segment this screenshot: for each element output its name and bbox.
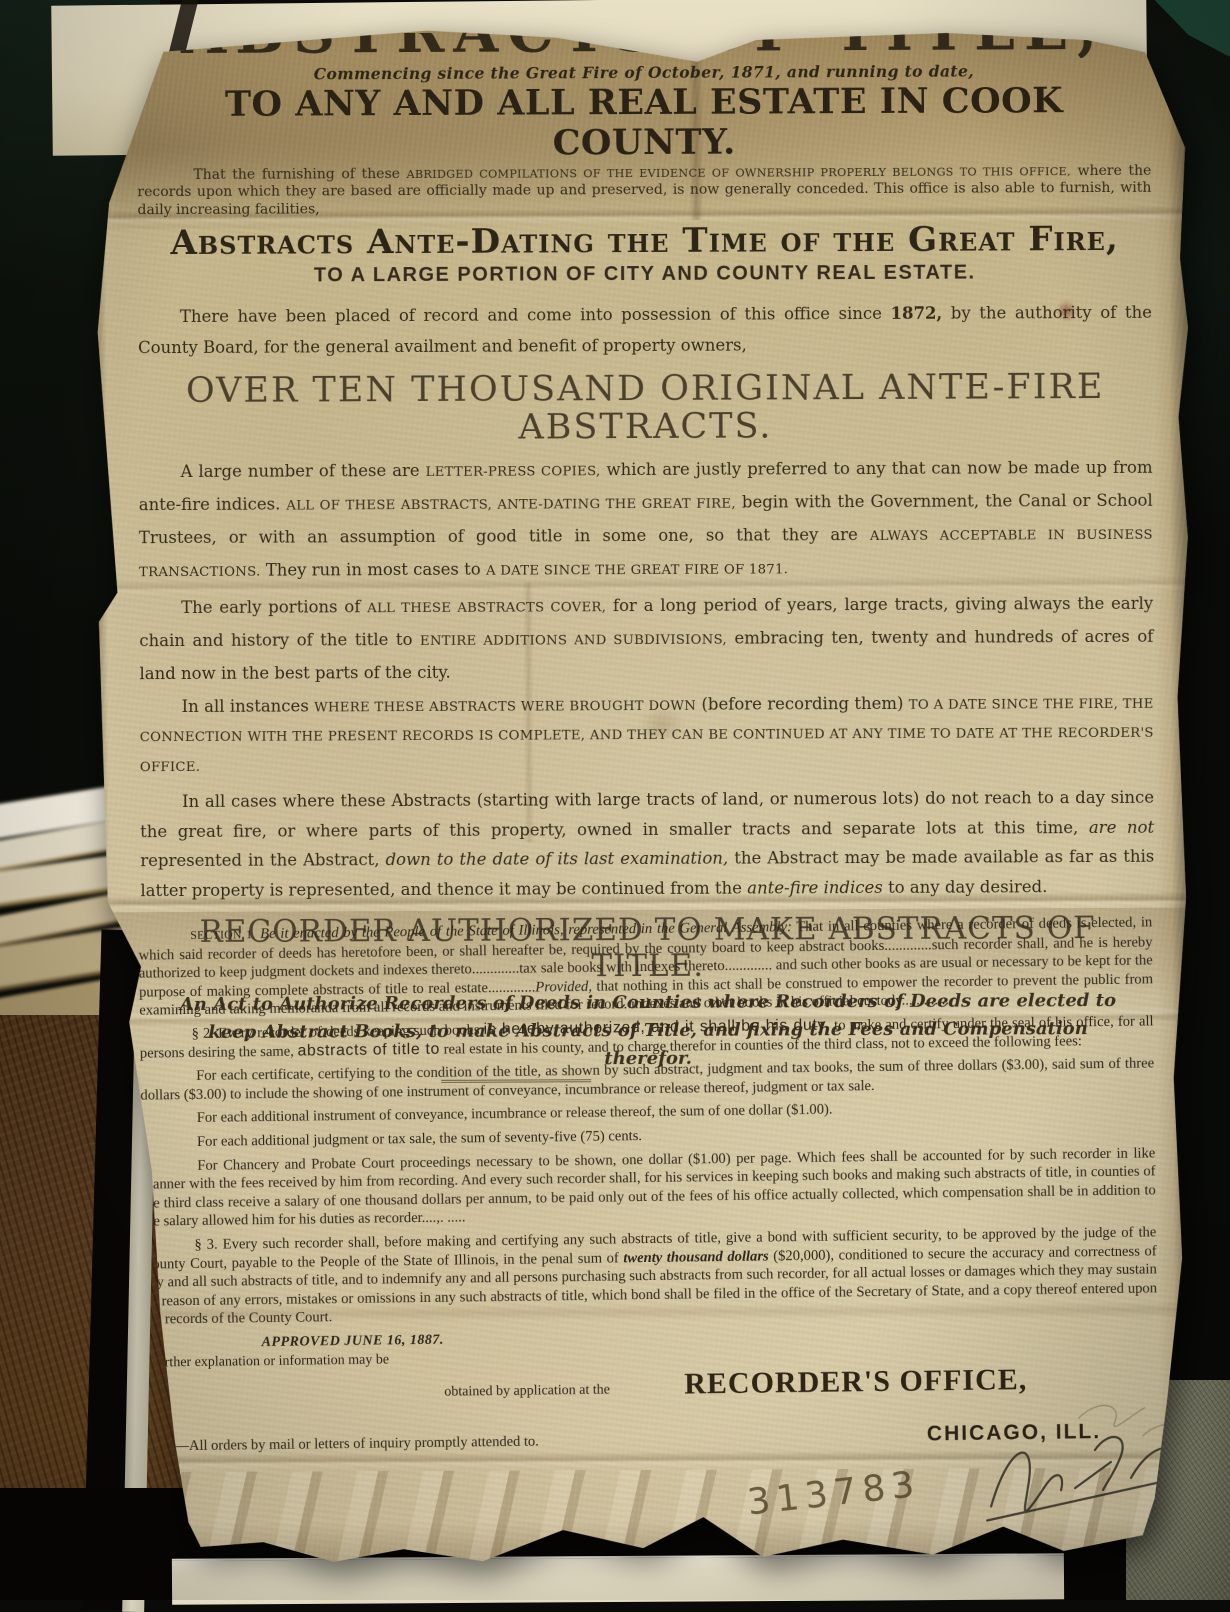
fee-chancery-probate: For Chancery and Probate Court proceedin… (141, 1144, 1156, 1232)
stain (105, 1064, 139, 1110)
fee-certificate: For each certificate, certifying to the … (140, 1055, 1154, 1105)
paragraph-letter-press: A large number of these are LETTER-PRESS… (139, 452, 1154, 588)
paper-sheet: ABSTRACTS OF TITLE, Commencing since the… (89, 20, 1194, 1565)
section-2: § 2. Every recorder of deeds keeping suc… (140, 1012, 1154, 1062)
section-3: § 3. Every such recorder shall, before m… (142, 1223, 1157, 1329)
paper-document: ABSTRACTS OF TITLE, Commencing since the… (89, 20, 1194, 1565)
postscript: P. S.—All orders by mail or letters of i… (149, 1433, 539, 1455)
obtained-by-line: obtained by application at the (444, 1382, 610, 1400)
subhead-abstracts-antedating: Abstracts Ante-Dating the Time of the Gr… (138, 220, 1152, 262)
recorders-office-label: RECORDER'S OFFICE, (684, 1363, 1027, 1401)
paragraph-brought-down: In all instances WHERE THESE ABSTRACTS W… (140, 689, 1154, 782)
paragraph-all-cases: In all cases where these Abstracts (star… (140, 783, 1155, 905)
intro-paragraph: That the furnishing of these ABRIDGED CO… (137, 163, 1151, 220)
heading-over-ten-thousand: OVER TEN THOUSAND ORIGINAL ANTE-FIRE ABS… (138, 368, 1152, 449)
subhead-large-portion: TO A LARGE PORTION OF CITY AND COUNTY RE… (138, 261, 1152, 288)
masthead-cutoff-title: ABSTRACTS OF TITLE, (137, 30, 1151, 62)
paragraph-records-1872: There have been placed of record and com… (138, 297, 1152, 363)
masthead-text: ABSTRACTS OF TITLE, (137, 30, 1151, 60)
photo-scene: ABSTRACTS OF TITLE, Commencing since the… (0, 0, 1230, 1600)
headline-cook-county: TO ANY AND ALL REAL ESTATE IN COOK COUNT… (137, 81, 1151, 165)
section-1: SECTION 1. Be it enacted by the People o… (138, 913, 1153, 1020)
paragraph-early-portions: The early portions of ALL THESE ABSTRACT… (139, 588, 1153, 689)
handwritten-signature (983, 1378, 1214, 1554)
